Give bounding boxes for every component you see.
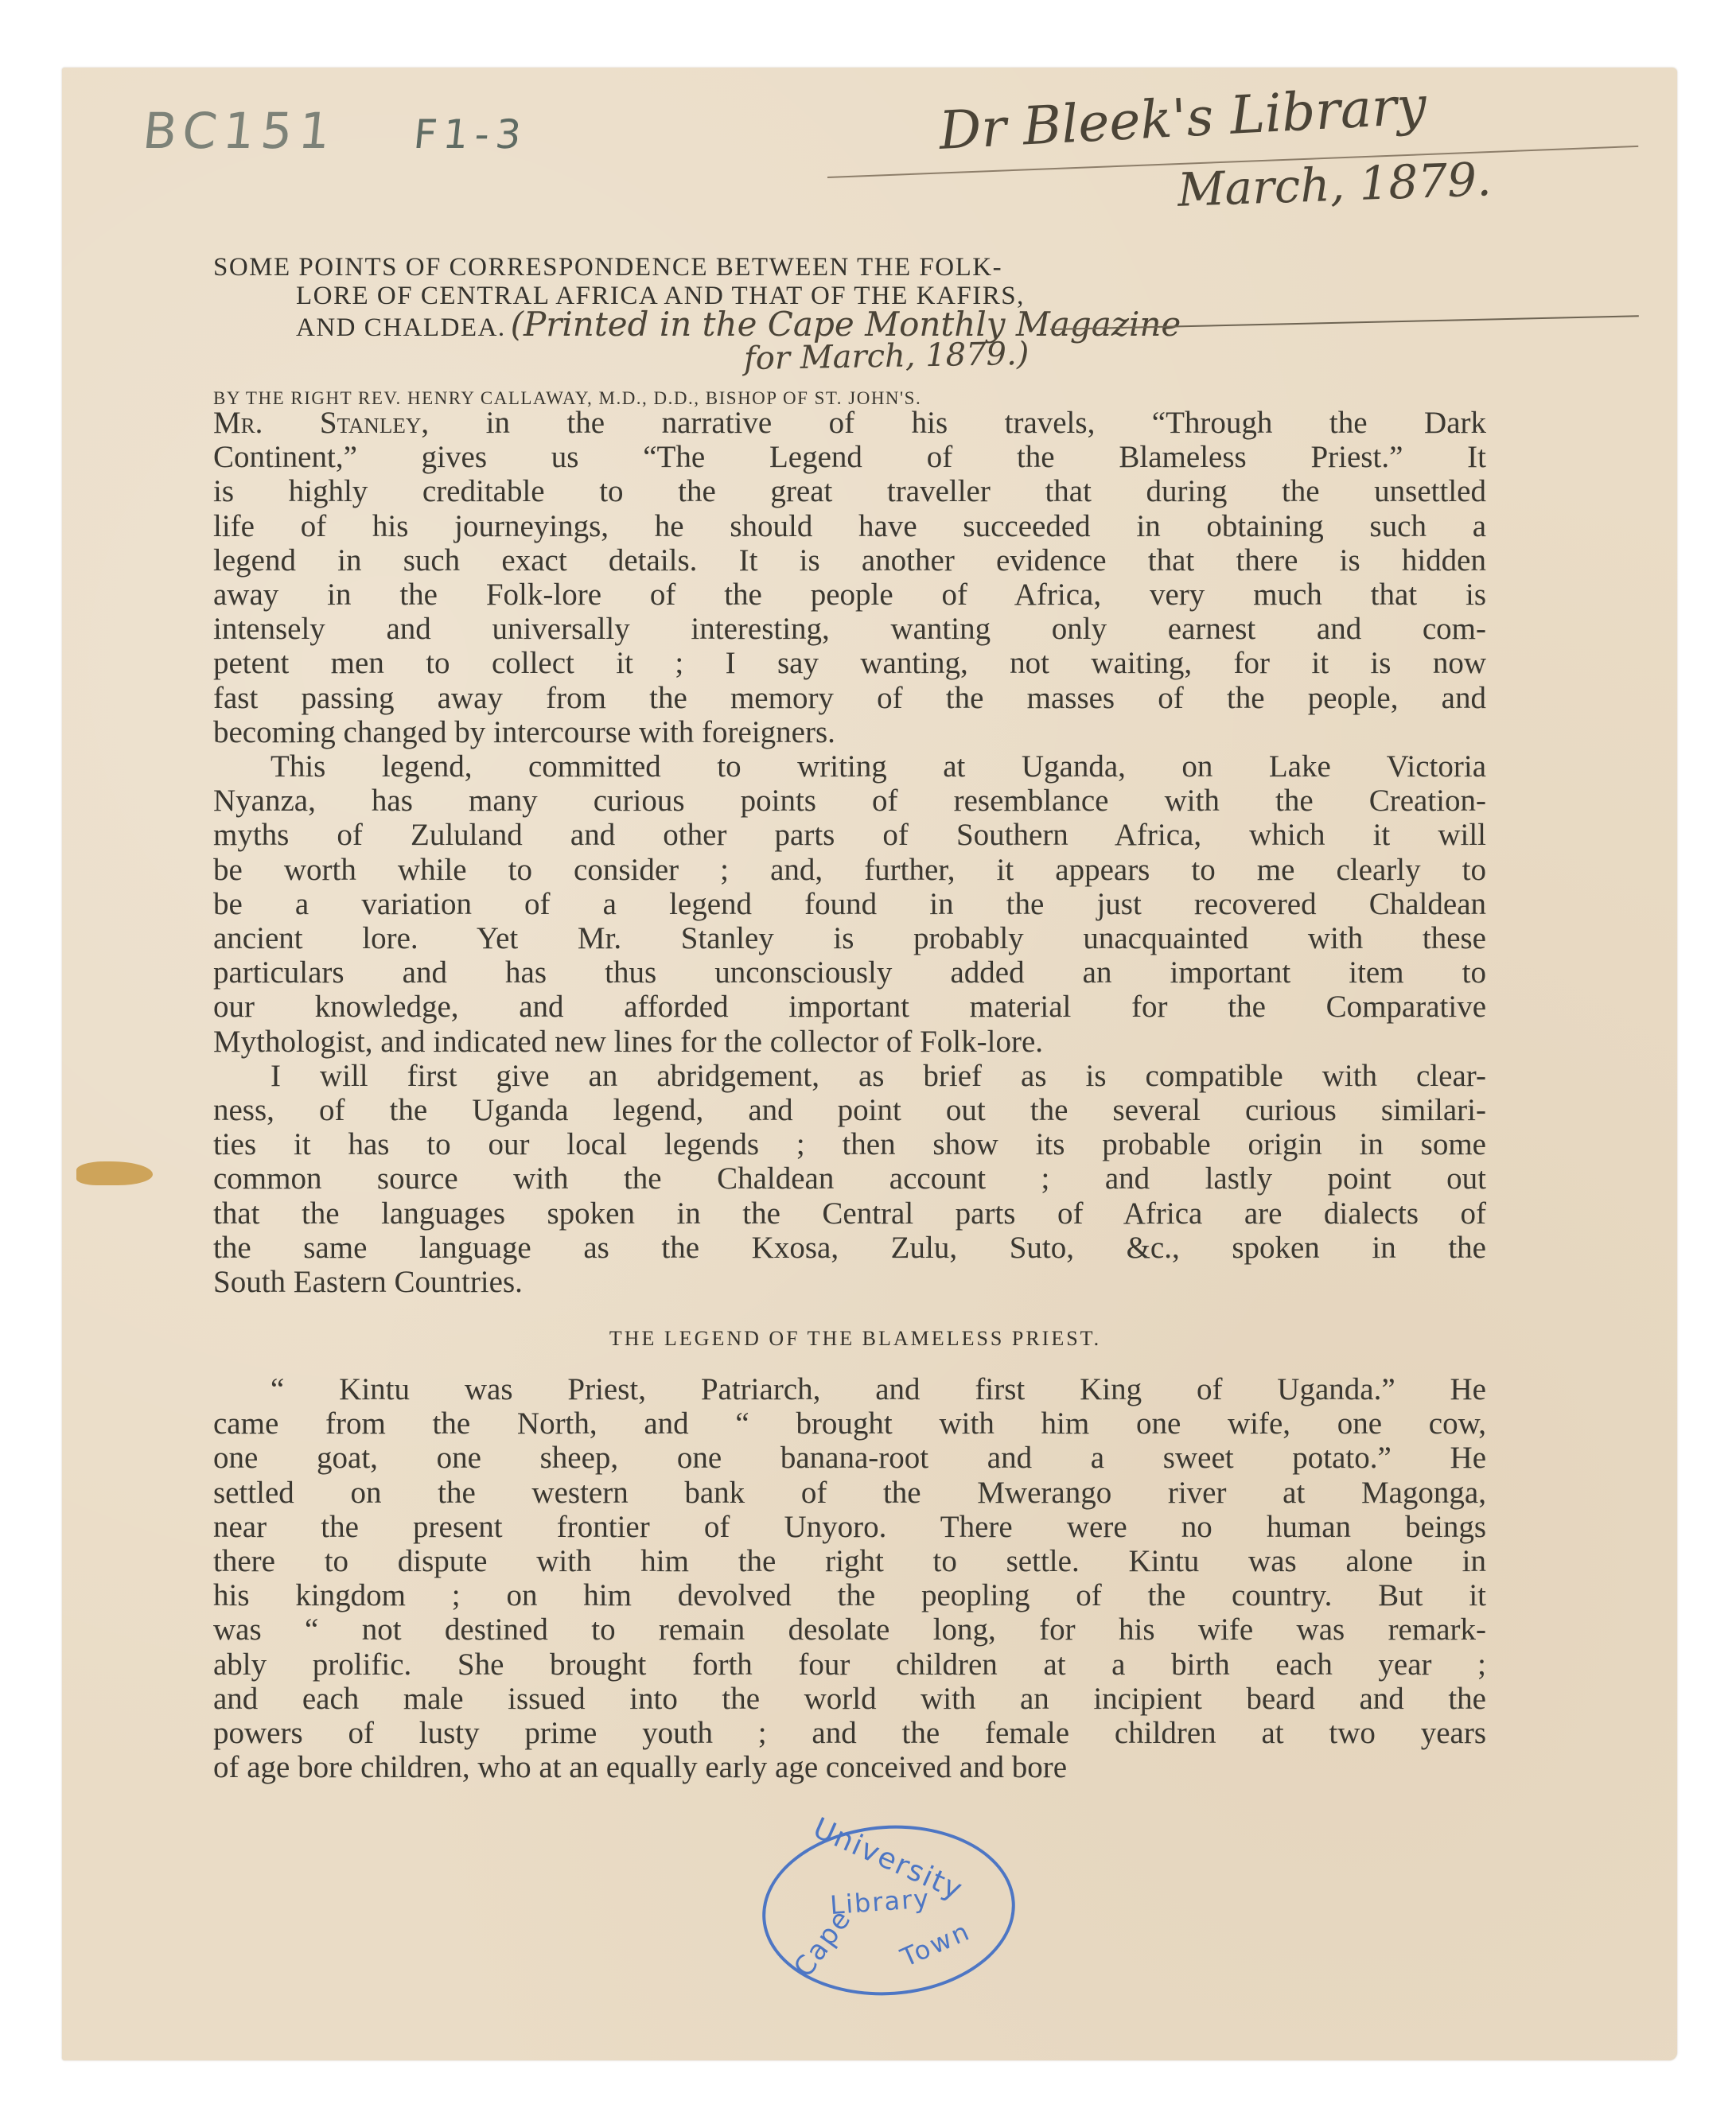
article-body: Mr. Stanley, in the narrative of his tra…	[213, 406, 1486, 1299]
text-line-content: “ Kintu was Priest, Patriarch, and first…	[271, 1372, 1486, 1406]
text-line: one goat, one sheep, one banana-root and…	[213, 1441, 1486, 1475]
text-line: powers of lusty prime youth ; and the fe…	[213, 1716, 1486, 1750]
text-line: This legend, committed to writing at Uga…	[213, 749, 1486, 784]
text-line-content: I will first give an abridgement, as bri…	[271, 1059, 1486, 1093]
text-line-content: his kingdom ; on him devolved the peopli…	[213, 1578, 1486, 1612]
printed-in-note: (Printed in the Cape Monthly Magazine	[511, 305, 1181, 344]
text-line: and each male issued into the world with…	[213, 1682, 1486, 1716]
text-line: our knowledge, and afforded important ma…	[213, 990, 1486, 1024]
text-line: came from the North, and “ brought with …	[213, 1406, 1486, 1441]
shelf-mark-secondary: F1-3	[411, 111, 530, 158]
lead-smallcaps: Mr. Stanley	[213, 406, 421, 440]
title-line-3-text: and Chaldea.	[296, 313, 506, 342]
text-line-content: fast passing away from the memory of the…	[213, 681, 1486, 715]
text-line: Continent,” gives us “The Legend of the …	[213, 440, 1486, 474]
article-title: Some points of correspondence between th…	[213, 253, 1613, 342]
text-line: life of his journeyings, he should have …	[213, 509, 1486, 543]
text-line: becoming changed by intercourse with for…	[213, 715, 1486, 749]
text-line: near the present frontier of Unyoro. The…	[213, 1510, 1486, 1544]
text-line-content: Nyanza, has many curious points of resem…	[213, 784, 1486, 818]
text-line-content: there to dispute with him the right to s…	[213, 1544, 1486, 1578]
text-line-content: is highly creditable to the great travel…	[213, 474, 1486, 508]
text-line: be worth while to consider ; and, furthe…	[213, 853, 1486, 887]
text-line-content: be a variation of a legend found in the …	[213, 887, 1486, 921]
text-line: “ Kintu was Priest, Patriarch, and first…	[213, 1372, 1486, 1406]
text-line: Mythologist, and indicated new lines for…	[213, 1025, 1486, 1059]
text-line-content: , in the narrative of his travels, “Thro…	[421, 406, 1486, 440]
handwritten-date: March, 1879.	[1177, 152, 1493, 217]
text-line: Mr. Stanley, in the narrative of his tra…	[213, 406, 1486, 440]
text-line-content: ably prolific. She brought forth four ch…	[213, 1647, 1486, 1682]
text-line: ties it has to our local legends ; then …	[213, 1127, 1486, 1161]
text-line: particulars and has thus unconsciously a…	[213, 955, 1486, 990]
text-line: Nyanza, has many curious points of resem…	[213, 784, 1486, 818]
text-line-content: particulars and has thus unconsciously a…	[213, 955, 1486, 990]
text-line: the same language as the Kxosa, Zulu, Su…	[213, 1231, 1486, 1265]
text-line: is highly creditable to the great travel…	[213, 474, 1486, 508]
text-line: that the languages spoken in the Central…	[213, 1196, 1486, 1231]
text-line-content: ties it has to our local legends ; then …	[213, 1127, 1486, 1161]
text-line-content: petent men to collect it ; I say wanting…	[213, 646, 1486, 680]
shelf-mark-primary: BC151	[140, 102, 340, 160]
text-line: fast passing away from the memory of the…	[213, 681, 1486, 715]
text-line-content: common source with the Chaldean account …	[213, 1161, 1486, 1196]
text-line: I will first give an abridgement, as bri…	[213, 1059, 1486, 1093]
text-line-content: Continent,” gives us “The Legend of the …	[213, 440, 1486, 474]
text-line: his kingdom ; on him devolved the peopli…	[213, 1578, 1486, 1612]
text-line-content: myths of Zululand and other parts of Sou…	[213, 818, 1486, 852]
text-line-content: of age bore children, who at an equally …	[213, 1750, 1067, 1784]
text-line-content: becoming changed by intercourse with for…	[213, 715, 835, 749]
text-line-content: settled on the western bank of the Mwera…	[213, 1476, 1486, 1510]
paper-stain	[76, 1161, 153, 1185]
text-line: intensely and universally interesting, w…	[213, 612, 1486, 646]
text-line: common source with the Chaldean account …	[213, 1161, 1486, 1196]
text-line-content: our knowledge, and afforded important ma…	[213, 990, 1486, 1024]
legend-body: “ Kintu was Priest, Patriarch, and first…	[213, 1372, 1486, 1784]
text-line-content: This legend, committed to writing at Uga…	[271, 749, 1486, 784]
text-line-content: away in the Folk-lore of the people of A…	[213, 578, 1486, 612]
text-line: ably prolific. She brought forth four ch…	[213, 1647, 1486, 1682]
text-line: be a variation of a legend found in the …	[213, 887, 1486, 921]
text-line: away in the Folk-lore of the people of A…	[213, 578, 1486, 612]
section-heading: The Legend of the Blameless Priest.	[199, 1327, 1512, 1351]
text-line: petent men to collect it ; I say wanting…	[213, 646, 1486, 680]
text-line-content: legend in such exact details. It is anot…	[213, 543, 1486, 578]
title-line-1: Some points of correspondence between th…	[213, 253, 1613, 282]
text-line: ancient lore. Yet Mr. Stanley is probabl…	[213, 921, 1486, 955]
text-line-content: and each male issued into the world with…	[213, 1682, 1486, 1716]
text-line-content: Mythologist, and indicated new lines for…	[213, 1025, 1043, 1059]
text-line: South Eastern Countries.	[213, 1265, 1486, 1299]
text-line-content: that the languages spoken in the Central…	[213, 1196, 1486, 1231]
text-line-content: life of his journeyings, he should have …	[213, 509, 1486, 543]
text-line-content: ness, of the Uganda legend, and point ou…	[213, 1093, 1486, 1127]
stamp-cape: Cape	[788, 1904, 858, 1983]
text-line: of age bore children, who at an equally …	[213, 1750, 1486, 1784]
text-line-content: South Eastern Countries.	[213, 1265, 523, 1299]
text-line-content: near the present frontier of Unyoro. The…	[213, 1510, 1486, 1544]
text-line-content: the same language as the Kxosa, Zulu, Su…	[213, 1231, 1486, 1265]
text-line-content: intensely and universally interesting, w…	[213, 612, 1486, 646]
text-line: myths of Zululand and other parts of Sou…	[213, 818, 1486, 852]
text-line-content: powers of lusty prime youth ; and the fe…	[213, 1716, 1486, 1750]
shelf-mark: BC151 F1-3	[140, 102, 531, 160]
text-line-content: came from the North, and “ brought with …	[213, 1406, 1486, 1441]
stamp-town: Town	[896, 1916, 975, 1973]
text-line-content: be worth while to consider ; and, furthe…	[213, 853, 1486, 887]
text-line-content: was “ not destined to remain desolate lo…	[213, 1612, 1486, 1647]
printed-in-note-date: for March, 1879.)	[744, 336, 1030, 377]
text-line-content: ancient lore. Yet Mr. Stanley is probabl…	[213, 921, 1486, 955]
text-line: was “ not destined to remain desolate lo…	[213, 1612, 1486, 1647]
text-line: settled on the western bank of the Mwera…	[213, 1476, 1486, 1510]
text-line: there to dispute with him the right to s…	[213, 1544, 1486, 1578]
text-line: ness, of the Uganda legend, and point ou…	[213, 1093, 1486, 1127]
text-line: legend in such exact details. It is anot…	[213, 543, 1486, 578]
text-line-content: one goat, one sheep, one banana-root and…	[213, 1441, 1486, 1475]
